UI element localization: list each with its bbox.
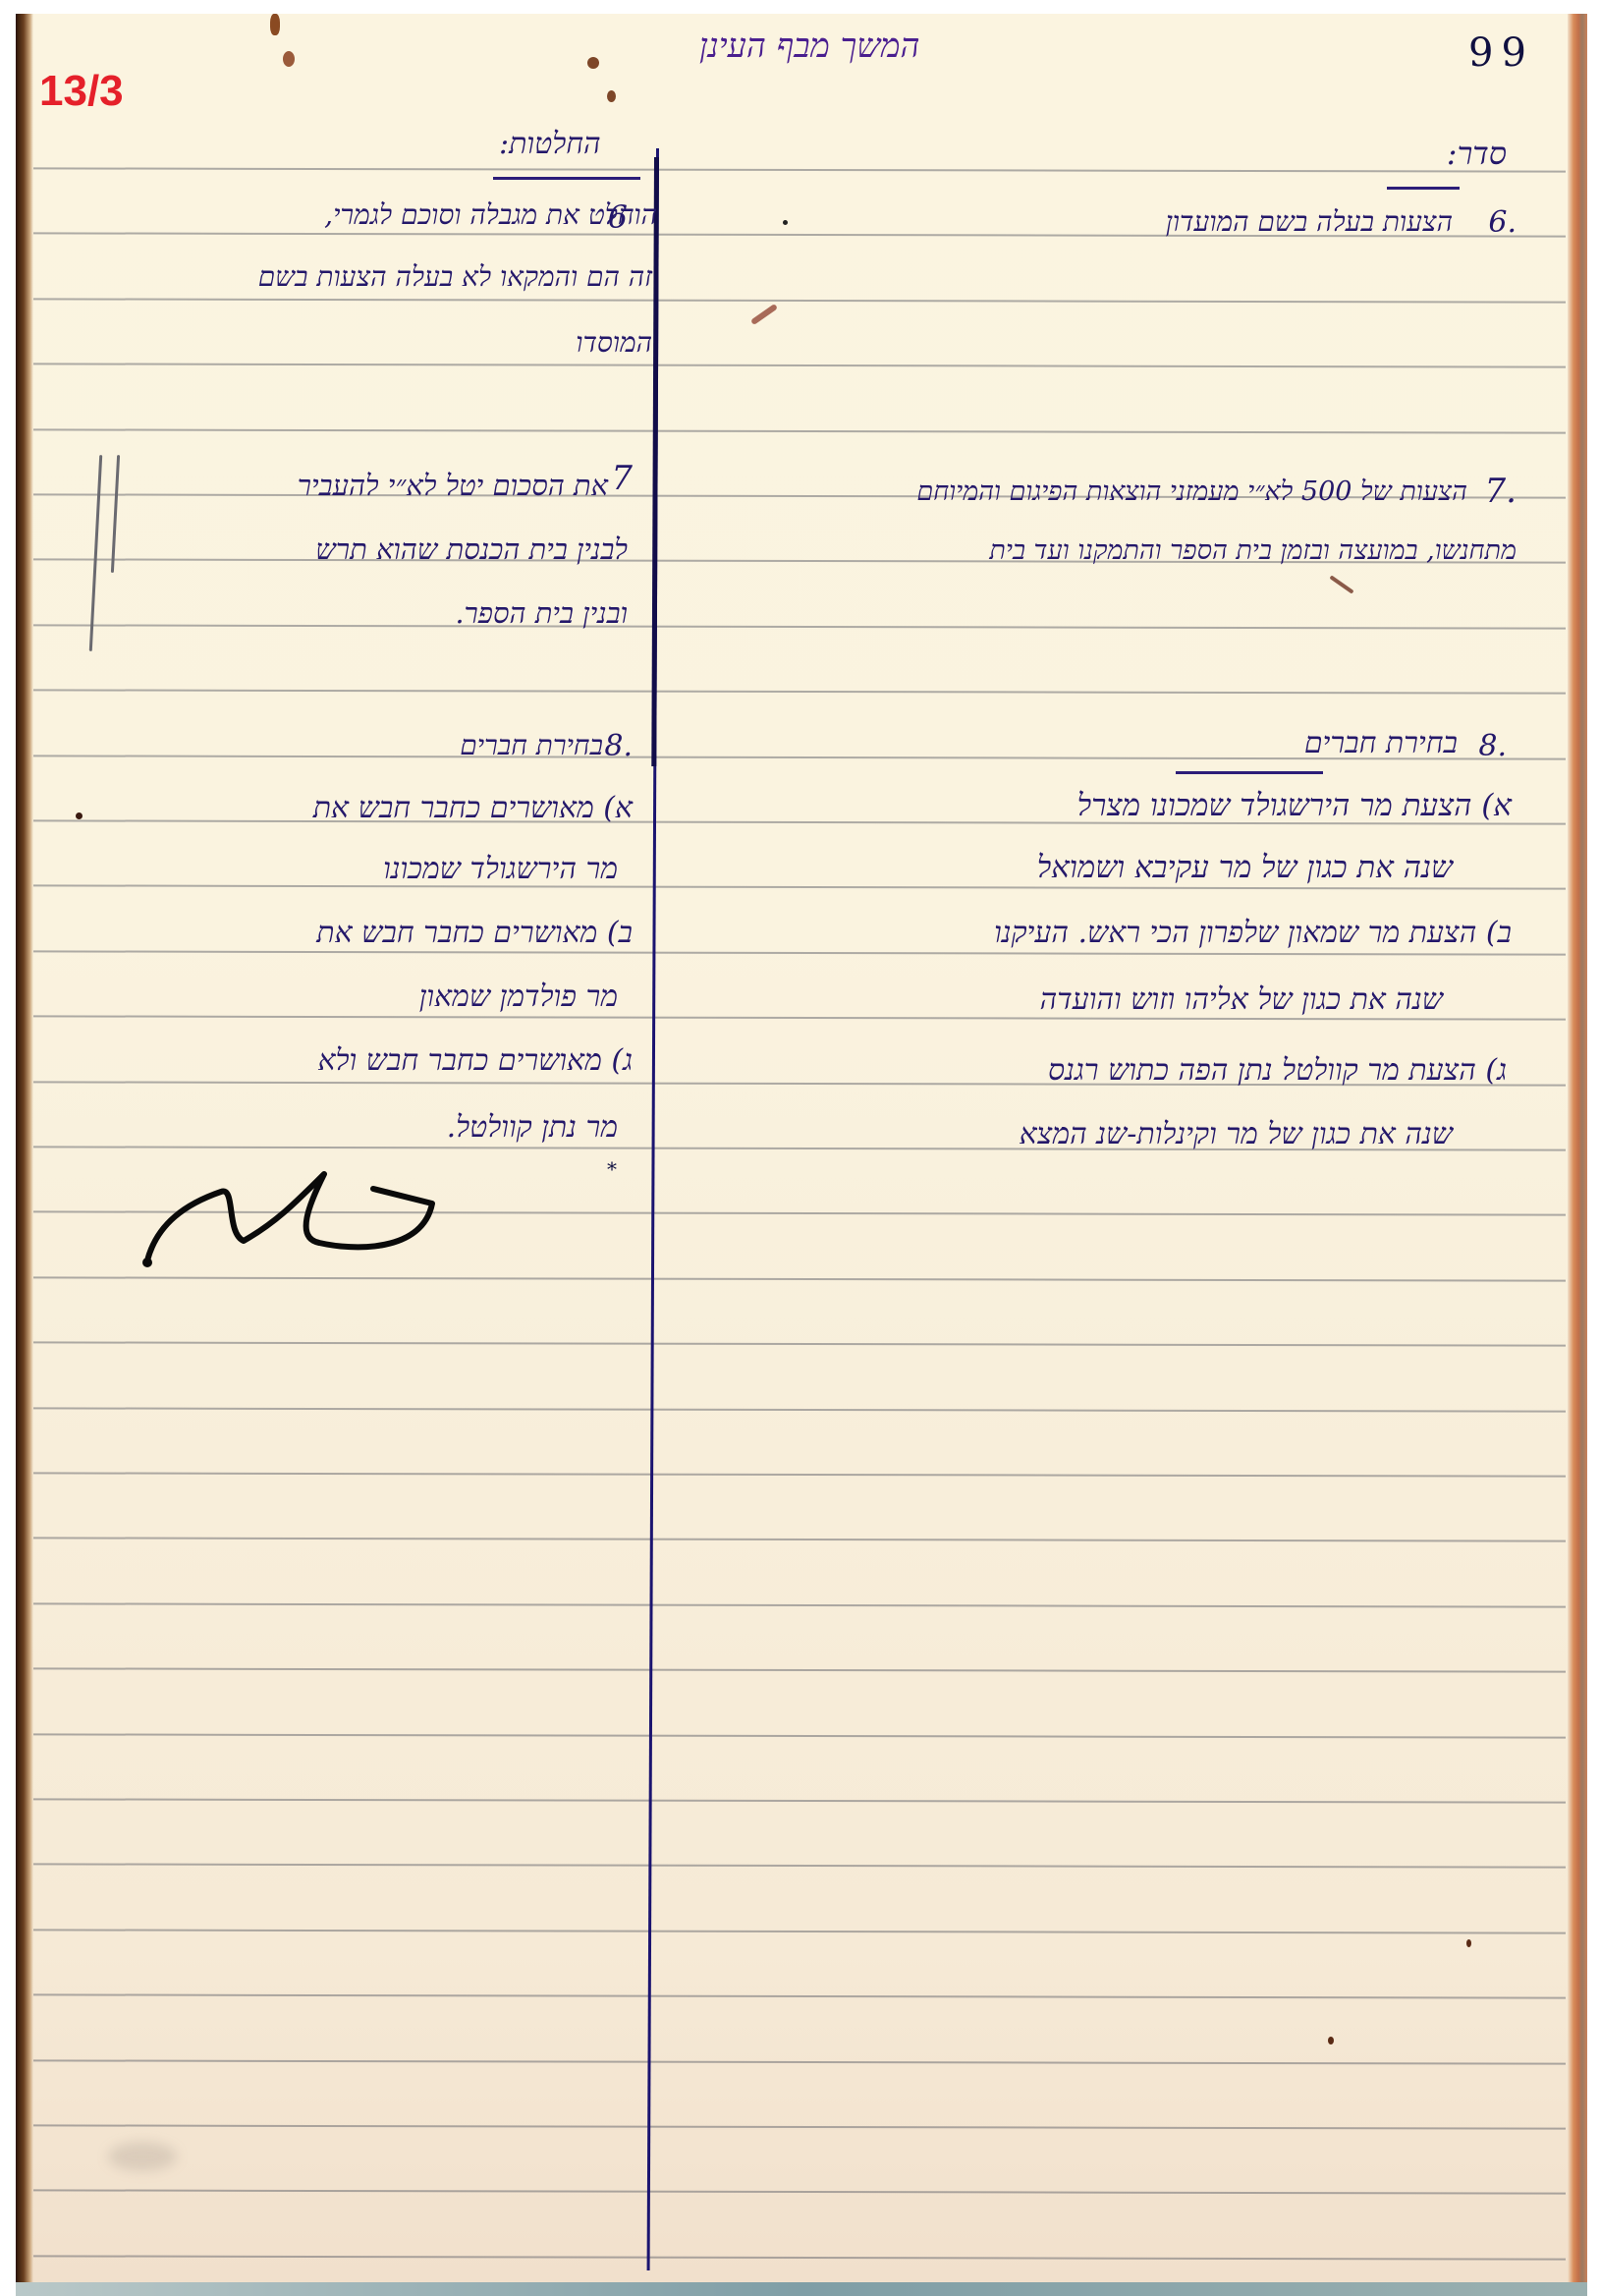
page-edge-binding bbox=[1568, 14, 1587, 2282]
ruled-line bbox=[33, 1929, 1566, 1933]
agenda-item-8-number: 8. bbox=[1478, 732, 1507, 761]
ruled-line bbox=[33, 167, 1566, 172]
ruled-line bbox=[33, 885, 1566, 890]
stain bbox=[283, 51, 295, 67]
ruled-line bbox=[33, 364, 1566, 368]
ruled-line bbox=[33, 950, 1566, 955]
decision-8-number: 8. bbox=[604, 732, 633, 761]
ruled-line bbox=[33, 1407, 1566, 1412]
stain bbox=[587, 57, 599, 69]
agenda-item-6-text: הצעות בעלה בשם המועדון bbox=[1166, 208, 1453, 236]
ruled-line bbox=[33, 2059, 1566, 2064]
dot bbox=[76, 812, 83, 819]
decision-6-line-3: המוסדו bbox=[576, 329, 652, 357]
ruled-line bbox=[33, 1798, 1566, 1803]
decision-8-line-2: מר הירשגולד שמכונו bbox=[383, 855, 618, 884]
smudge bbox=[108, 2142, 177, 2171]
stain bbox=[607, 90, 616, 102]
agenda-item-7-line-1: הצעות של 500 לא״י מעמזני הוצאות הפיגום ו… bbox=[916, 478, 1467, 505]
scan-bottom-edge bbox=[16, 2282, 1587, 2296]
ruled-line bbox=[33, 1864, 1566, 1869]
agenda-item-8-heading: בחירת חברים bbox=[1304, 729, 1458, 758]
header-title: המשך מבף העינן bbox=[699, 29, 919, 63]
dot bbox=[1328, 2037, 1334, 2044]
ruled-line bbox=[33, 2124, 1566, 2129]
decision-8-line-6: מר נתן קוולטל. bbox=[447, 1113, 618, 1143]
agenda-item-6-number: 6. bbox=[1488, 208, 1517, 238]
ruled-line bbox=[33, 2190, 1566, 2195]
decision-7-number: 7 bbox=[611, 462, 633, 495]
dot bbox=[783, 220, 788, 225]
agenda-heading: סדר: bbox=[1447, 138, 1507, 169]
decision-8-heading: בחירת חברים bbox=[460, 732, 603, 759]
ruled-line bbox=[33, 690, 1566, 695]
agenda-item-7-number: 7. bbox=[1485, 475, 1517, 508]
ruled-line bbox=[33, 2255, 1566, 2260]
agenda-item-8-line-1: א) הצעת מר הירשגולד שמכונו מצרל bbox=[1077, 791, 1512, 821]
ruled-line bbox=[33, 1602, 1566, 1607]
agenda-item-7-line-2: מתחנשו, במועצה ובזמן בית הספר והתמקנו וע… bbox=[989, 537, 1517, 564]
signature-icon bbox=[128, 1145, 540, 1302]
decision-8-line-5: ג) מאושרים כחבר חבש ולא bbox=[317, 1046, 633, 1076]
agenda-item-8-line-3: ב) הצעת מר שמאון שלפרון הכי ראש. העיקנו bbox=[994, 919, 1512, 948]
ruled-line bbox=[33, 1538, 1566, 1542]
binding-shadow bbox=[16, 14, 33, 2282]
page-number: 99 bbox=[1468, 33, 1534, 73]
decision-8-line-1: א) מאושרים כחבר חבש את bbox=[313, 794, 633, 823]
agenda-item-8-heading-underline bbox=[1176, 771, 1323, 774]
stain bbox=[270, 14, 280, 35]
decision-6-line-2: זה הם והמקאו לא בעלה הצעות בשם bbox=[258, 263, 652, 291]
agenda-item-8-line-2: שנה את כגון של מר עקיבא ושמואל bbox=[1037, 853, 1453, 883]
decision-7-line-1: את הסכום יטל לא״י להעביר bbox=[298, 472, 608, 500]
ruled-line bbox=[33, 1733, 1566, 1738]
ruled-line bbox=[33, 1472, 1566, 1477]
ruled-line bbox=[33, 624, 1566, 629]
decision-7-line-3: ובנין בית הספר. bbox=[455, 599, 628, 628]
dot bbox=[1466, 1939, 1471, 1947]
ruled-line bbox=[33, 1342, 1566, 1347]
decision-8-line-4: מר פולדמן שמאון bbox=[419, 982, 618, 1012]
agenda-item-8-line-5: ג) הצעת מר קוולטל נתן הפה כתוש רגנס bbox=[1048, 1056, 1507, 1086]
agenda-heading-underline bbox=[1387, 187, 1460, 190]
ruled-line bbox=[33, 1668, 1566, 1673]
decision-8-line-3: ב) מאושרים כחבר חבש את bbox=[316, 919, 633, 948]
ruled-line bbox=[33, 298, 1566, 303]
ruled-line bbox=[33, 1994, 1566, 1999]
agenda-item-8-line-4: שנה את כגון של אליהו וזוש והועדה bbox=[1040, 985, 1443, 1015]
decisions-heading-underline bbox=[493, 177, 640, 180]
ruled-line bbox=[33, 428, 1566, 433]
decisions-heading: החלטות: bbox=[499, 130, 601, 159]
decision-7-line-2: לבנין בית הכנסת שהוא תרש bbox=[315, 535, 628, 564]
agenda-item-8-line-6: שנה את כגון של מר וקינלות-שנ המצא bbox=[1020, 1120, 1453, 1149]
asterisk-mark: * bbox=[607, 1159, 617, 1179]
archive-stamp-label: 13/3 bbox=[39, 67, 124, 116]
decision-6-number: 6 bbox=[608, 201, 628, 233]
